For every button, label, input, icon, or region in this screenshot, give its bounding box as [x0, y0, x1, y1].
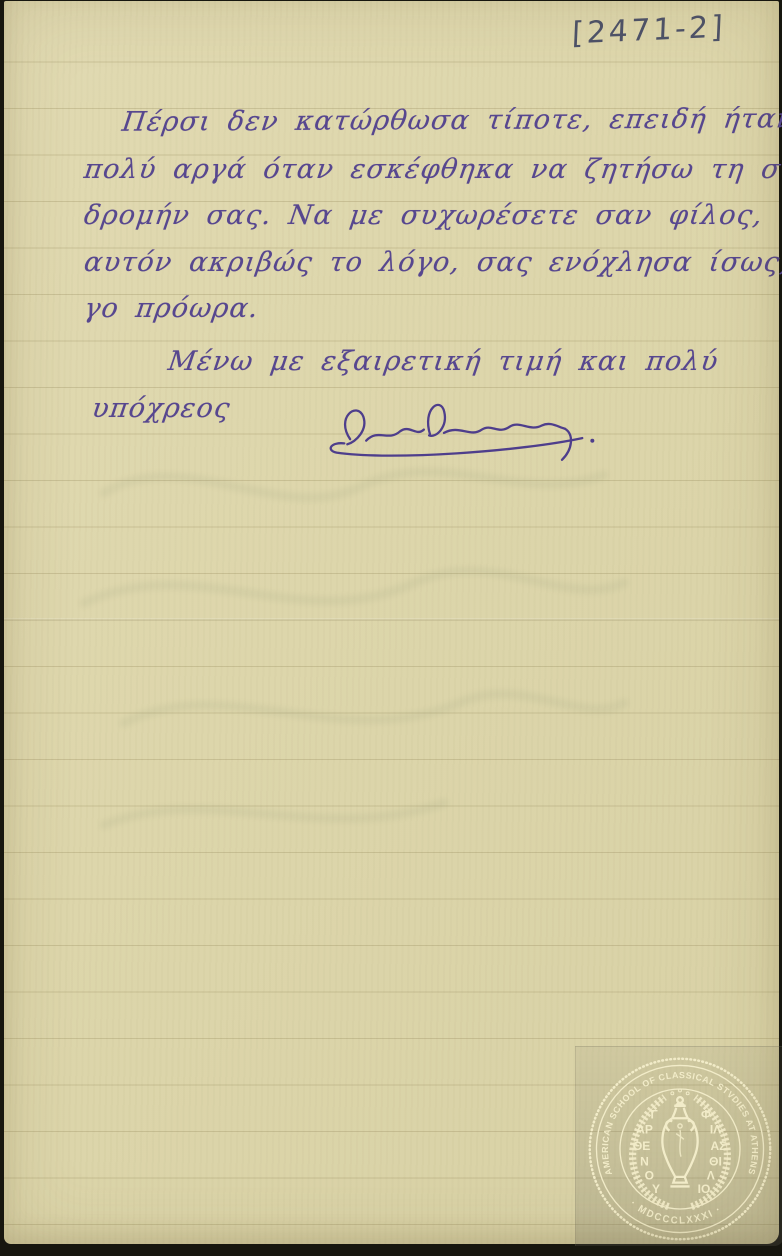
svg-text:ΙΟ: ΙΟ	[698, 1182, 711, 1196]
svg-text:ΘΕ: ΘΕ	[633, 1139, 650, 1153]
archive-number-label: [2471-2]	[571, 10, 726, 52]
letter-line: γο πρόωρα.	[80, 293, 747, 340]
svg-text:Υ: Υ	[652, 1182, 660, 1196]
svg-text:ΙΛ: ΙΛ	[710, 1123, 721, 1137]
svg-text:Ο: Ο	[645, 1169, 654, 1183]
svg-text:Φ: Φ	[701, 1107, 711, 1121]
amphora-icon	[662, 1097, 697, 1186]
letter-line: Πέρσι δεν κατώρθωσα τίποτε, επειδή ήτανε	[80, 104, 747, 154]
american-school-classical-studies-seal: AMERICAN SCHOOL OF CLASSICAL STVDIES AT …	[582, 1053, 778, 1245]
letter-line: πολύ αργά όταν εσκέφθηκα να ζητήσω τη συ…	[80, 154, 747, 201]
svg-text:ΑΡ: ΑΡ	[636, 1123, 653, 1137]
letter-line: δρομήν σας. Να με συχωρέσετε σαν φίλος, …	[80, 200, 747, 247]
letter-page: [2471-2] Πέρσι δεν κατώρθωσα τίποτε, επε…	[4, 1, 779, 1244]
letter-body: Πέρσι δεν κατώρθωσα τίποτε, επειδή ήτανε…	[80, 107, 740, 340]
letter-line: αυτόν ακριβώς το λόγο, σας ενόχλησα ίσως…	[80, 247, 747, 294]
closing-line: Μένω με εξαιρετική τιμή και πολύ	[88, 346, 735, 393]
svg-text:Γ: Γ	[650, 1107, 658, 1121]
svg-text:ΘΙ: ΘΙ	[709, 1154, 722, 1168]
ink-bleedthrough-ghost	[44, 433, 644, 863]
svg-text:Λ: Λ	[707, 1169, 715, 1183]
seal-year-text: · MDCCCLXXXI ·	[628, 1198, 724, 1226]
svg-text:Ν: Ν	[640, 1154, 649, 1168]
svg-text:ΑΣ: ΑΣ	[710, 1139, 726, 1153]
